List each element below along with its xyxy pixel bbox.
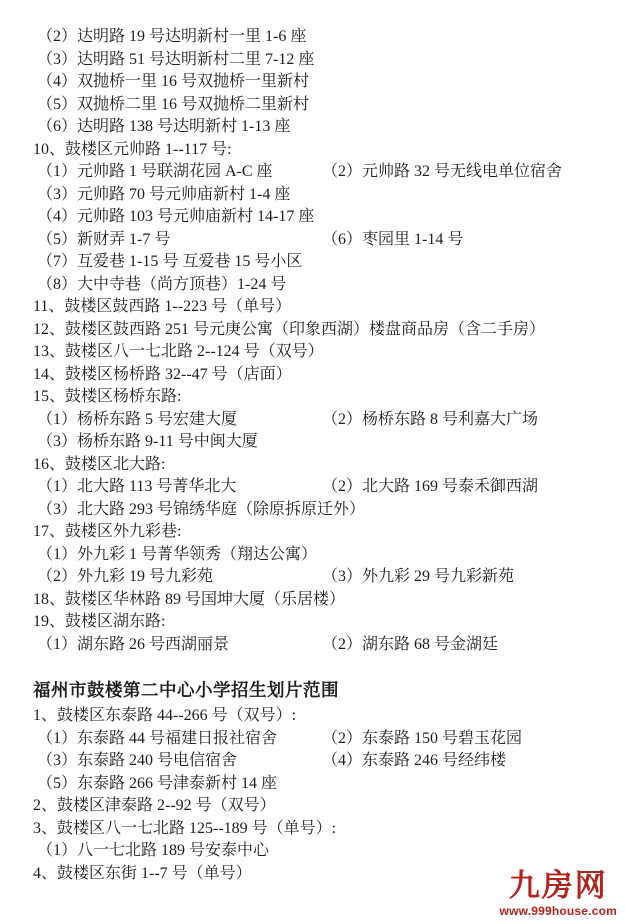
list-item: （1）北大路 113 号菁华北大（2）北大路 169 号泰禾御西湖	[33, 476, 621, 499]
site-url-text: www.999house.com	[500, 905, 617, 918]
address-text: （8）大中寺巷（尚方顶巷）1-24 号	[37, 276, 286, 293]
list-item: （3）杨桥东路 9-11 号中闽大厦	[33, 431, 621, 454]
address-text: （2）湖东路 68 号金湖廷	[322, 636, 498, 653]
address-text: 16、鼓楼区北大路:	[33, 456, 165, 473]
enrollment-district-list: （2）达明路 19 号达明新村一里 1-6 座（3）达明路 51 号达明新村二里…	[33, 26, 621, 885]
list-item: 14、鼓楼区杨桥路 32--47 号（店面）	[33, 364, 621, 387]
address-text: （5）东泰路 266 号津泰新村 14 座	[37, 775, 277, 792]
list-item: （1）元帅路 1 号联湖花园 A-C 座（2）元帅路 32 号无线电单位宿舍	[33, 161, 621, 184]
address-text: （1）元帅路 1 号联湖花园 A-C 座	[37, 161, 322, 184]
list-item: （5）东泰路 266 号津泰新村 14 座	[33, 773, 621, 796]
list-item: 19、鼓楼区湖东路:	[33, 611, 621, 634]
address-text: 13、鼓楼区八一七北路 2--124 号（双号）	[33, 343, 324, 360]
address-text: 2、鼓楼区津泰路 2--92 号（双号）	[33, 797, 276, 814]
list-item: （4）双抛桥一里 16 号双抛桥一里新村	[33, 71, 621, 94]
list-item: 13、鼓楼区八一七北路 2--124 号（双号）	[33, 341, 621, 364]
list-item: 10、鼓楼区元帅路 1--117 号:	[33, 139, 621, 162]
address-text: （6）枣园里 1-14 号	[322, 231, 463, 248]
address-text: （1）八一七北路 189 号安泰中心	[37, 842, 269, 859]
list-item: 15、鼓楼区杨桥东路:	[33, 386, 621, 409]
list-item: （4）元帅路 103 号元帅庙新村 14-17 座	[33, 206, 621, 229]
list-item: （1）八一七北路 189 号安泰中心	[33, 840, 621, 863]
address-text: （1）北大路 113 号菁华北大	[37, 476, 322, 499]
list-item: （8）大中寺巷（尚方顶巷）1-24 号	[33, 274, 621, 297]
address-text: （2）元帅路 32 号无线电单位宿舍	[322, 163, 562, 180]
address-text: （1）杨桥东路 5 号宏建大厦	[37, 409, 322, 432]
section-heading: 福州市鼓楼第二中心小学招生划片范围	[33, 678, 621, 702]
list-item: 17、鼓楼区外九彩巷:	[33, 521, 621, 544]
address-text: （2）达明路 19 号达明新村一里 1-6 座	[37, 28, 306, 45]
address-text: 15、鼓楼区杨桥东路:	[33, 388, 181, 405]
list-item: （1）湖东路 26 号西湖丽景（2）湖东路 68 号金湖廷	[33, 634, 621, 657]
document-page: （2）达明路 19 号达明新村一里 1-6 座（3）达明路 51 号达明新村二里…	[0, 0, 625, 922]
address-text: 18、鼓楼区华林路 89 号国坤大厦（乐居楼）	[33, 591, 345, 608]
address-text: （3）杨桥东路 9-11 号中闽大厦	[37, 433, 258, 450]
address-text: （6）达明路 138 号达明新村 1-13 座	[37, 118, 290, 135]
list-item: （7）互爱巷 1-15 号 互爱巷 15 号小区	[33, 251, 621, 274]
address-text: （3）达明路 51 号达明新村二里 7-12 座	[37, 51, 314, 68]
address-text: （1）东泰路 44 号福建日报社宿舍	[37, 728, 322, 751]
list-item: （6）达明路 138 号达明新村 1-13 座	[33, 116, 621, 139]
list-item: （5）双抛桥二里 16 号双抛桥二里新村	[33, 94, 621, 117]
address-text: （1）外九彩 1 号菁华领秀（翔达公寓）	[37, 546, 317, 563]
address-text: （4）东泰路 246 号经纬楼	[322, 752, 506, 769]
address-text: （3）元帅路 70 号元帅庙新村 1-4 座	[37, 186, 290, 203]
address-text: （2）外九彩 19 号九彩苑	[37, 566, 322, 589]
list-item: 3、鼓楼区八一七北路 125--189 号（单号）:	[33, 818, 621, 841]
address-text: （1）湖东路 26 号西湖丽景	[37, 634, 322, 657]
district-section: （2）达明路 19 号达明新村一里 1-6 座（3）达明路 51 号达明新村二里…	[33, 26, 621, 656]
list-item: （5）新财弄 1-7 号（6）枣园里 1-14 号	[33, 229, 621, 252]
address-text: （4）双抛桥一里 16 号双抛桥一里新村	[37, 73, 309, 90]
list-item: 18、鼓楼区华林路 89 号国坤大厦（乐居楼）	[33, 589, 621, 612]
jiufang-logo: 九房网	[500, 870, 617, 903]
district-section: 福州市鼓楼第二中心小学招生划片范围1、鼓楼区东泰路 44--266 号（双号）:…	[33, 678, 621, 885]
list-item: 11、鼓楼区鼓西路 1--223 号（单号）	[33, 296, 621, 319]
list-item: 1、鼓楼区东泰路 44--266 号（双号）:	[33, 705, 621, 728]
address-text: （3）外九彩 29 号九彩新苑	[322, 568, 514, 585]
list-item: 16、鼓楼区北大路:	[33, 454, 621, 477]
site-watermark: 九房网 www.999house.com	[500, 870, 617, 918]
address-text: （4）元帅路 103 号元帅庙新村 14-17 座	[37, 208, 314, 225]
list-item: 2、鼓楼区津泰路 2--92 号（双号）	[33, 795, 621, 818]
list-item: （1）外九彩 1 号菁华领秀（翔达公寓）	[33, 544, 621, 567]
address-text: 19、鼓楼区湖东路:	[33, 613, 165, 630]
address-text: 10、鼓楼区元帅路 1--117 号:	[33, 141, 232, 158]
address-text: （5）新财弄 1-7 号	[37, 229, 322, 252]
list-item: （3）北大路 293 号锦绣华庭（除原拆原迁外）	[33, 499, 621, 522]
list-item: （2）外九彩 19 号九彩苑（3）外九彩 29 号九彩新苑	[33, 566, 621, 589]
list-item: （1）东泰路 44 号福建日报社宿舍（2）东泰路 150 号碧玉花园	[33, 728, 621, 751]
address-text: 11、鼓楼区鼓西路 1--223 号（单号）	[33, 298, 291, 315]
address-text: 1、鼓楼区东泰路 44--266 号（双号）:	[33, 707, 296, 724]
address-text: 3、鼓楼区八一七北路 125--189 号（单号）:	[33, 820, 336, 837]
list-item: （2）达明路 19 号达明新村一里 1-6 座	[33, 26, 621, 49]
address-text: （2）东泰路 150 号碧玉花园	[322, 730, 522, 747]
list-item: （1）杨桥东路 5 号宏建大厦（2）杨桥东路 8 号利嘉大广场	[33, 409, 621, 432]
list-item: 12、鼓楼区鼓西路 251 号元庚公寓（印象西湖）楼盘商品房（含二手房）	[33, 319, 621, 342]
address-text: 14、鼓楼区杨桥路 32--47 号（店面）	[33, 366, 292, 383]
address-text: 17、鼓楼区外九彩巷:	[33, 523, 181, 540]
address-text: （7）互爱巷 1-15 号 互爱巷 15 号小区	[37, 253, 302, 270]
address-text: 4、鼓楼区东街 1--7 号（单号）	[33, 865, 252, 882]
address-text: 12、鼓楼区鼓西路 251 号元庚公寓（印象西湖）楼盘商品房（含二手房）	[33, 321, 545, 338]
address-text: （3）东泰路 240 号电信宿舍	[37, 750, 322, 773]
address-text: （2）北大路 169 号泰禾御西湖	[322, 478, 538, 495]
address-text: （2）杨桥东路 8 号利嘉大广场	[322, 411, 538, 428]
list-item: （3）元帅路 70 号元帅庙新村 1-4 座	[33, 184, 621, 207]
list-item: （3）东泰路 240 号电信宿舍（4）东泰路 246 号经纬楼	[33, 750, 621, 773]
address-text: （5）双抛桥二里 16 号双抛桥二里新村	[37, 96, 309, 113]
address-text: （3）北大路 293 号锦绣华庭（除原拆原迁外）	[37, 501, 365, 518]
list-item: （3）达明路 51 号达明新村二里 7-12 座	[33, 49, 621, 72]
